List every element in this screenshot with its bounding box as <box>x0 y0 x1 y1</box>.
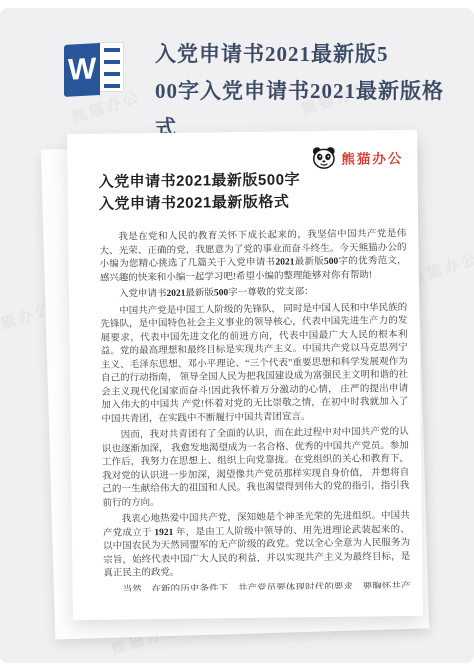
document-title-line2: 入党申请书2021最新版格式 <box>99 190 399 215</box>
paragraph: 我是在党和人民的教育关怀下成长起来的，我坚信中国共产党是伟大、光荣、正确的党，我… <box>99 228 407 286</box>
paragraph-bold-run: 2021 <box>275 257 294 267</box>
paragraph-bold-run: 1921 <box>154 527 173 537</box>
document-body: 我是在党和人民的教育关怀下成长起来的，我坚信中国共产党是伟大、光荣、正确的党，我… <box>99 228 410 592</box>
paragraph-run: 最新版 <box>185 288 214 298</box>
paragraph: 入党申请书2021最新版500字一尊敬的党支部： <box>100 285 407 302</box>
brand-logo: 熊猫办公 <box>311 145 403 170</box>
document-title: 入党申请书2021最新版500字 入党申请书2021最新版格式 <box>99 168 400 215</box>
paragraph-run: 入党申请书 <box>119 289 167 300</box>
preview-card: 熊猫办公 熊猫办公 熊猫办公 熊猫办公 熊猫办公 熊猫办公 W 入党申请书202… <box>0 0 474 669</box>
header: W 入党申请书2021最新版5 00字入党申请书2021最新版格式 <box>0 8 474 126</box>
paragraph-run: 当然，在新的历史条件下，共产党员要体现时代的要求，要胸怀共产主义远大理想，要有远… <box>104 581 411 591</box>
page-title-line1: 入党申请书2021最新版5 <box>155 36 445 73</box>
paragraph: 因而，我对共青团有了全面的认识，而在此过程中对中国共产党的认识也逐渐加深， 我愈… <box>102 426 410 511</box>
paragraph-run: 因而，我对共青团有了全面的认识，而在此过程中对中国共产党的认识也逐渐加深， 我愈… <box>102 427 410 508</box>
word-icon-letter: W <box>68 54 96 85</box>
document-page: 熊猫办公 入党申请书2021最新版500字 入党申请书2021最新版格式 我是在… <box>67 130 423 620</box>
brand-name: 熊猫办公 <box>341 147 403 168</box>
paragraph: 我衷心地热爱中国共产党，深知她是个神圣光荣的先进组织。中国共产党成立于 1921… <box>103 510 411 581</box>
paragraph-run: 最新版 <box>294 257 324 267</box>
panda-icon <box>311 146 336 170</box>
paragraph: 当然，在新的历史条件下，共产党员要体现时代的要求，要胸怀共产主义远大理想，要有远… <box>104 580 411 591</box>
word-icon-book: W <box>64 43 100 97</box>
paragraph-run: 字一尊敬的党支部： <box>228 287 314 298</box>
word-icon: W <box>64 42 124 98</box>
word-icon-page <box>98 42 124 92</box>
paragraph-bold-run: 500 <box>214 288 228 298</box>
paragraph-bold-run: 500 <box>324 257 338 267</box>
preview-panel: 熊猫办公 熊猫办公 熊猫办公 熊猫办公 熊猫办公 熊猫办公 W 入党申请书202… <box>0 8 474 663</box>
paragraph-bold-run: 2021 <box>166 289 185 299</box>
paragraph-run: 中国共产党是中国工人阶级的先锋队， 同时是中国人民和中华民族的先锋队，是中国特色… <box>100 303 408 425</box>
paragraph: 中国共产党是中国工人阶级的先锋队， 同时是中国人民和中华民族的先锋队，是中国特色… <box>100 302 408 427</box>
